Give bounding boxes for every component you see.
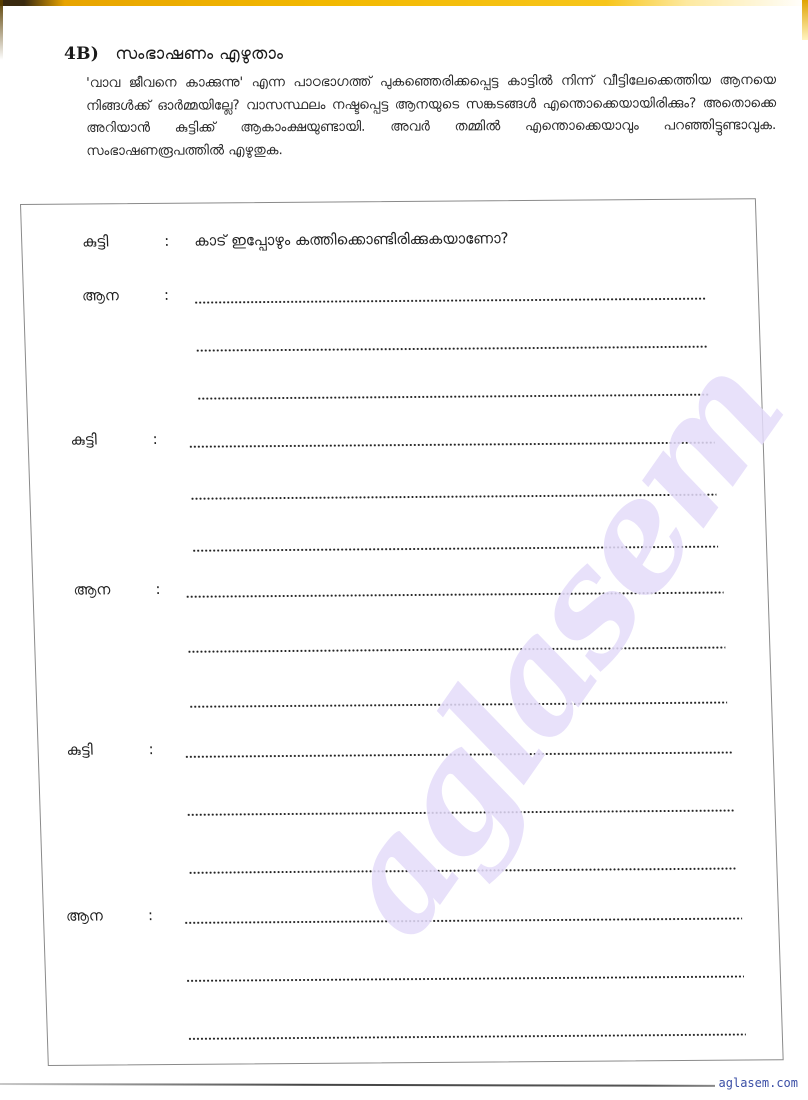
speaker-label: ആന [73, 580, 156, 599]
speaker-separator: : [148, 740, 179, 758]
speaker-separator: : [164, 286, 195, 304]
page-top-edge [0, 0, 808, 6]
question-instruction: 'വാവ ജീവനെ കാക്കുന്നു' എന്ന പാഠഭാഗത്ത് പ… [86, 69, 776, 162]
answer-line[interactable] [197, 394, 709, 400]
page-left-edge [0, 0, 3, 60]
dialogue-row: കുട്ടി: [66, 740, 179, 759]
dialogue-row: ആന: [73, 580, 186, 599]
dialogue-row: ആന: [82, 286, 195, 305]
answer-box: കുട്ടി:കാട് ഇപ്പോഴും കത്തിക്കൊണ്ടിരിക്കു… [20, 198, 784, 1066]
answer-line[interactable] [186, 975, 744, 981]
answer-line[interactable] [190, 494, 716, 500]
answer-line[interactable] [196, 346, 708, 352]
answer-line[interactable] [184, 917, 742, 923]
site-credit: aglasem.com [715, 1076, 798, 1090]
speaker-separator: : [164, 232, 195, 250]
speaker-label: കുട്ടി [66, 740, 149, 759]
speaker-label: കുട്ടി [82, 232, 165, 251]
answer-line[interactable] [187, 647, 725, 653]
answer-line[interactable] [186, 592, 724, 598]
speaker-label: കുട്ടി [70, 430, 153, 449]
dialogue-prompt: കാട് ഇപ്പോഴും കത്തിക്കൊണ്ടിരിക്കുകയാണോ? [194, 229, 509, 249]
question-heading: 4B) സംഭാഷണം എഴുതാം [64, 44, 283, 64]
speaker-separator: : [148, 906, 179, 924]
answer-line[interactable] [194, 298, 706, 304]
answer-line[interactable] [192, 546, 718, 552]
answer-line[interactable] [189, 442, 715, 448]
question-title: സംഭാഷണം എഴുതാം [115, 44, 283, 64]
dialogue-row: കുട്ടി:കാട് ഇപ്പോഴും കത്തിക്കൊണ്ടിരിക്കു… [82, 229, 509, 250]
page-bottom-edge [0, 1083, 760, 1087]
speaker-separator: : [155, 580, 186, 598]
speaker-label: ആന [66, 906, 149, 925]
answer-line[interactable] [188, 1033, 746, 1039]
answer-line[interactable] [189, 702, 727, 708]
dialogue-row: കുട്ടി: [70, 430, 183, 449]
answer-line[interactable] [189, 868, 737, 874]
answer-line[interactable] [185, 752, 733, 758]
speaker-label: ആന [82, 286, 165, 305]
speaker-separator: : [152, 430, 183, 448]
question-number: 4B) [64, 44, 99, 64]
answer-line[interactable] [187, 810, 735, 816]
dialogue-row: ആന: [66, 906, 179, 925]
